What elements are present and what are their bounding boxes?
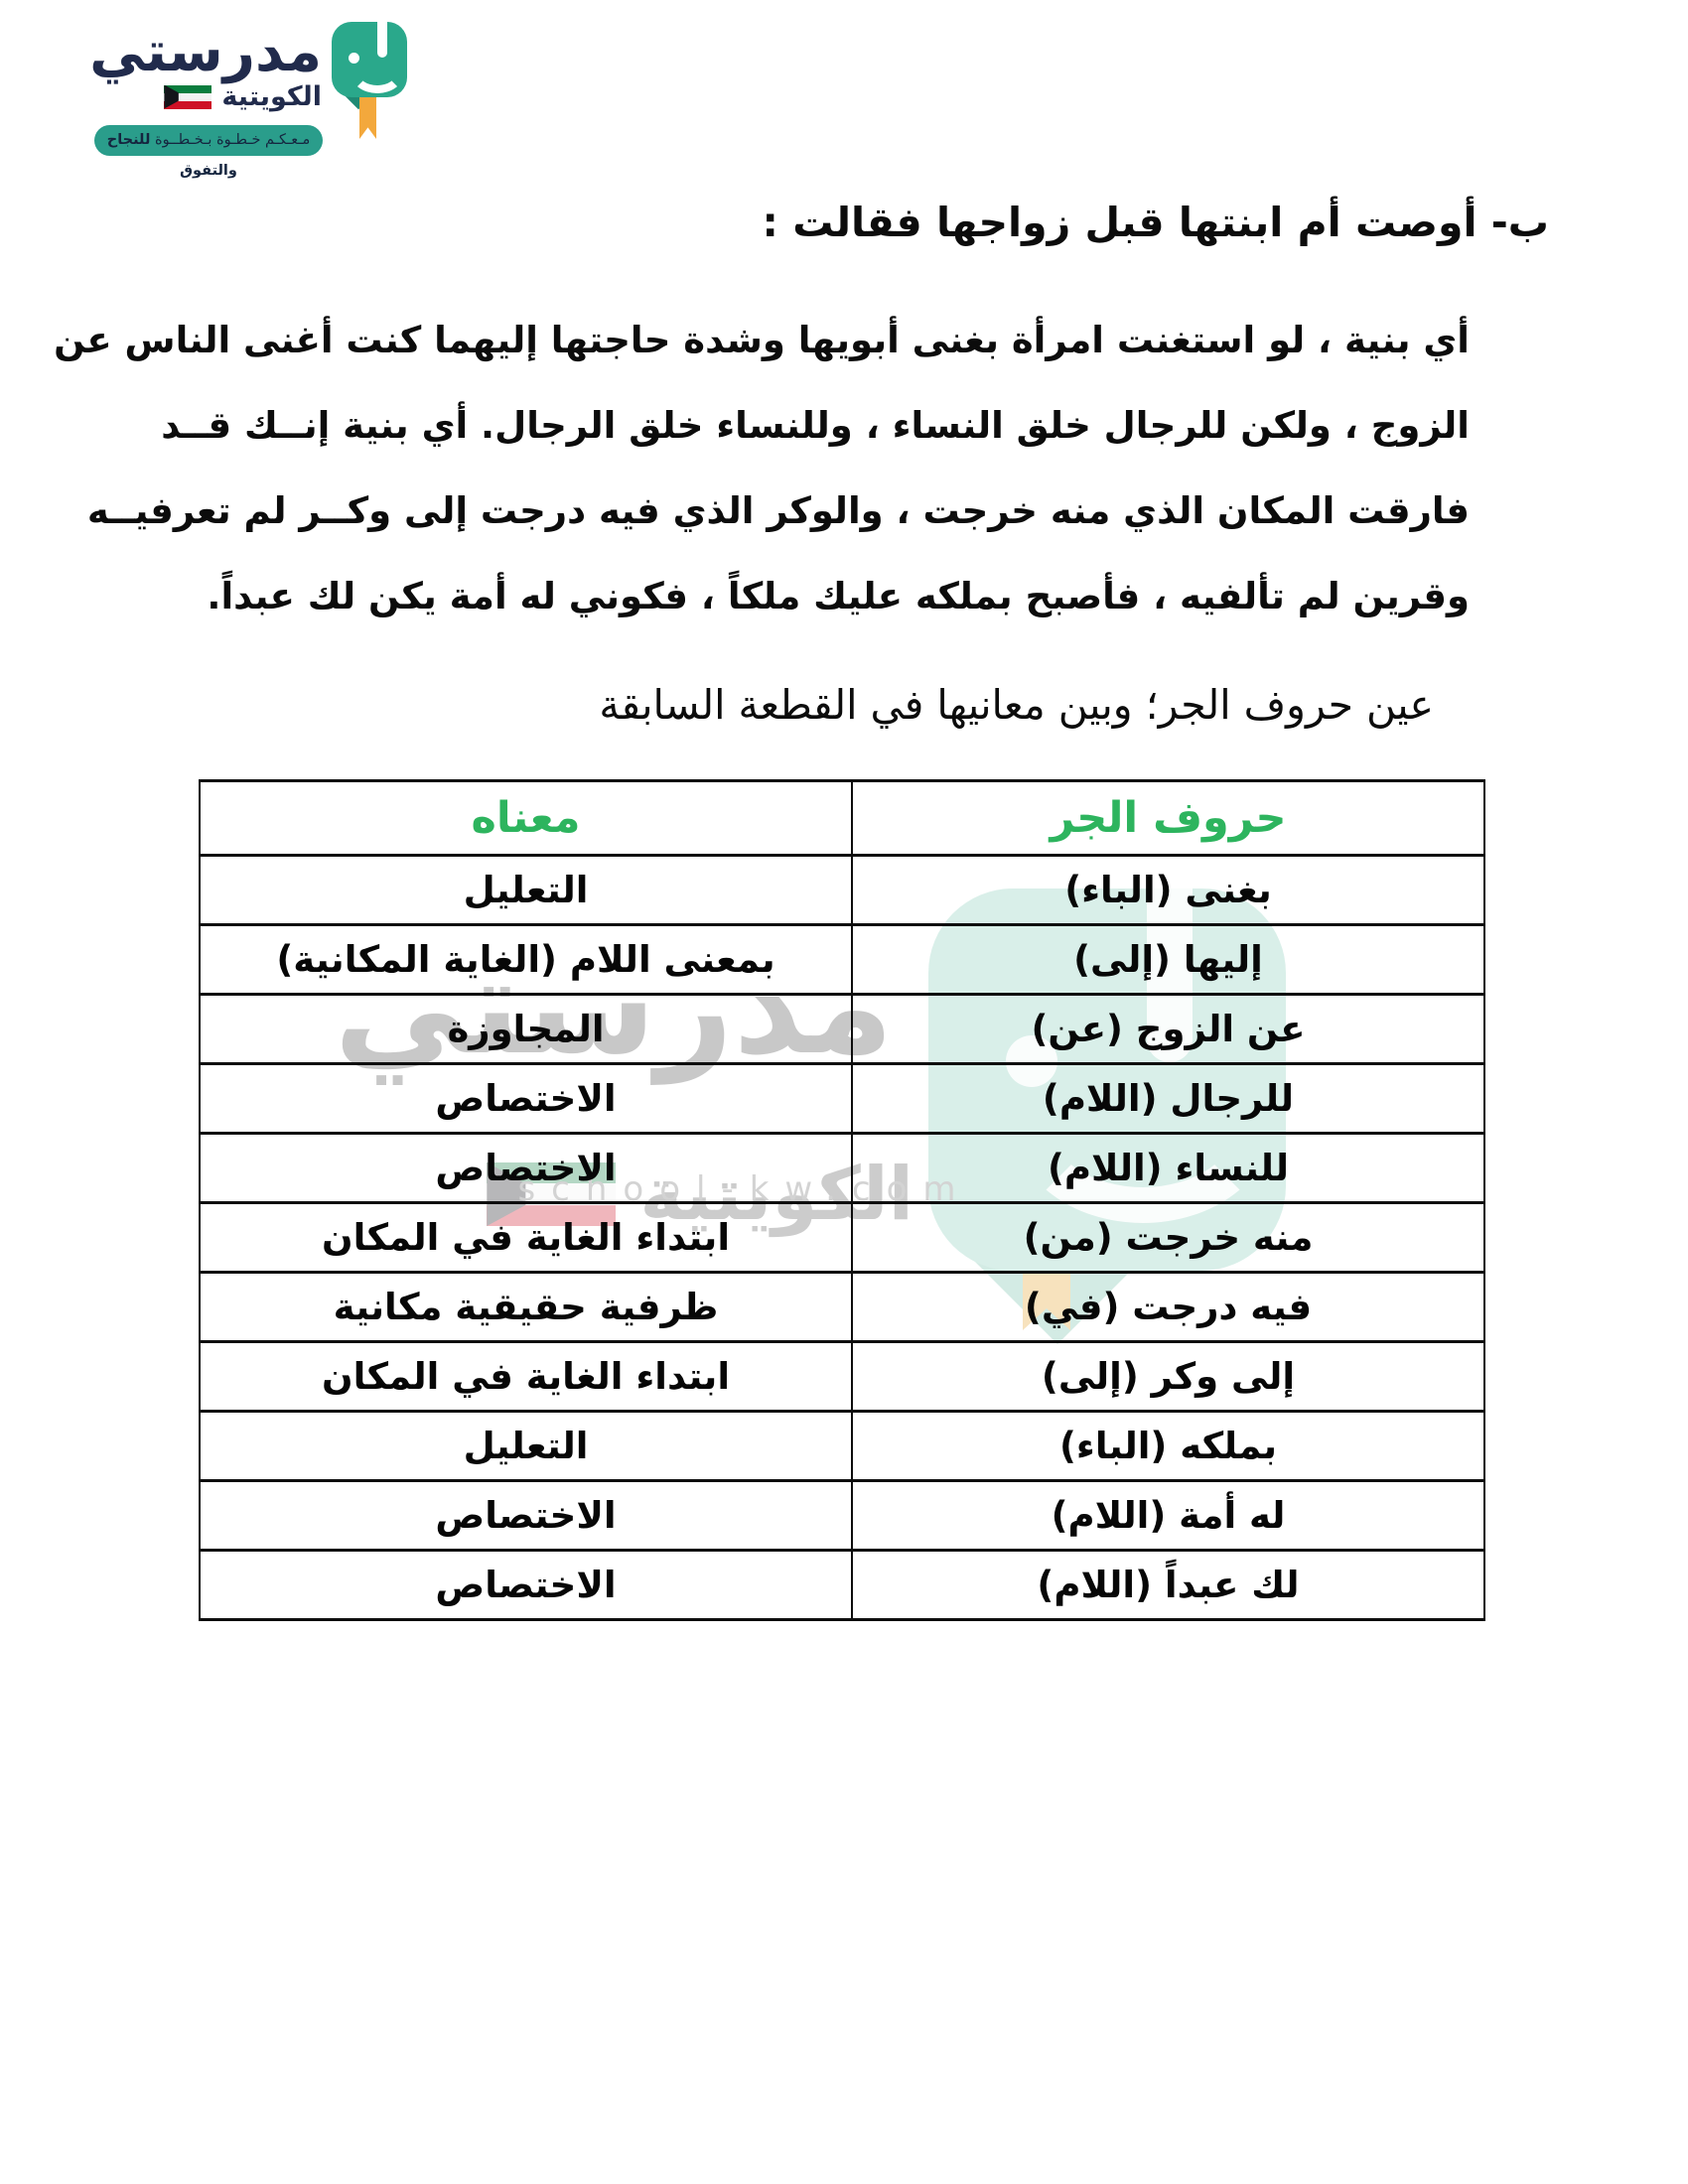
section-heading: ب- أوصت أم ابنتها قبل زواجها فقالت : — [763, 199, 1549, 246]
passage-line-4: وقرين لم تألفيه ، فأصبح بملكه عليك ملكاً… — [228, 554, 1470, 639]
passage-line-1: أي بنية ، لو استغنت امرأة بغنى أبويها وش… — [228, 298, 1470, 383]
prep-cell: للنساء (اللام) — [852, 1134, 1484, 1203]
prep-cell: لك عبداً (اللام) — [852, 1551, 1484, 1620]
table-row: للنساء (اللام) الاختصاص — [200, 1134, 1484, 1203]
exercise-instruction: عين حروف الجر؛ وبين معانيها في القطعة ال… — [599, 681, 1434, 729]
prep-cell: له أمة (اللام) — [852, 1481, 1484, 1551]
school-smiley-icon — [332, 22, 407, 99]
meaning-cell: ابتداء الغاية في المكان — [200, 1342, 852, 1412]
prepositions-table: حروف الجر معناه بغنى (الباء) التعليل إلي… — [199, 779, 1479, 1621]
meaning-cell: ظرفية حقيقية مكانية — [200, 1273, 852, 1342]
table-row: فيه درجت (في) ظرفية حقيقية مكانية — [200, 1273, 1484, 1342]
brand-tagline: مـعـكـم خـطـوة بـخـطــوة للنجاح والتفوق — [94, 125, 323, 156]
prep-cell: إلى وكر (إلى) — [852, 1342, 1484, 1412]
kuwait-flag-icon — [164, 85, 211, 109]
prep-cell: عن الزوج (عن) — [852, 995, 1484, 1064]
meaning-cell: بمعنى اللام (الغاية المكانية) — [200, 925, 852, 995]
page: مدرستي الكويتية مـعـكـم خـطـوة بـخـطــوة… — [0, 0, 1688, 2184]
meaning-cell: المجاوزة — [200, 995, 852, 1064]
table-row: لك عبداً (اللام) الاختصاص — [200, 1551, 1484, 1620]
brand-text-block: مدرستي الكويتية — [89, 22, 322, 112]
brand-name: مدرستي — [89, 24, 322, 81]
table-row: منه خرجت (من) ابتداء الغاية في المكان — [200, 1203, 1484, 1273]
column-header-meaning: معناه — [200, 781, 852, 856]
brand-logo: مدرستي الكويتية — [89, 22, 407, 112]
column-header-prepositions: حروف الجر — [852, 781, 1484, 856]
passage-line-3: فارقت المكان الذي منه خرجت ، والوكر الذي… — [228, 469, 1470, 554]
meaning-cell: الاختصاص — [200, 1064, 852, 1134]
meaning-cell: التعليل — [200, 1412, 852, 1481]
table-row: للرجال (اللام) الاختصاص — [200, 1064, 1484, 1134]
logo-rounded-square — [332, 22, 407, 97]
prep-cell: للرجال (اللام) — [852, 1064, 1484, 1134]
passage: أي بنية ، لو استغنت امرأة بغنى أبويها وش… — [228, 298, 1470, 639]
logo-smile — [351, 52, 404, 93]
brand-subtitle: الكويتية — [221, 81, 322, 112]
meaning-cell: ابتداء الغاية في المكان — [200, 1203, 852, 1273]
table-row: عن الزوج (عن) المجاوزة — [200, 995, 1484, 1064]
table-row: إليها (إلى) بمعنى اللام (الغاية المكانية… — [200, 925, 1484, 995]
meaning-cell: التعليل — [200, 856, 852, 925]
table-row: بغنى (الباء) التعليل — [200, 856, 1484, 925]
prep-cell: بملكه (الباء) — [852, 1412, 1484, 1481]
prep-cell: إليها (إلى) — [852, 925, 1484, 995]
prep-cell: منه خرجت (من) — [852, 1203, 1484, 1273]
table-row: إلى وكر (إلى) ابتداء الغاية في المكان — [200, 1342, 1484, 1412]
meaning-cell: الاختصاص — [200, 1134, 852, 1203]
brand-sub-row: الكويتية — [89, 81, 322, 112]
table-header-row: حروف الجر معناه — [200, 781, 1484, 856]
passage-line-2: الزوج ، ولكن للرجال خلق النساء ، وللنساء… — [228, 383, 1470, 469]
tagline-prefix: مـعـكـم خـطـوة بـخـطــوة — [155, 132, 310, 148]
prep-cell: بغنى (الباء) — [852, 856, 1484, 925]
table-row: له أمة (اللام) الاختصاص — [200, 1481, 1484, 1551]
meaning-cell: الاختصاص — [200, 1481, 852, 1551]
meaning-cell: الاختصاص — [200, 1551, 852, 1620]
prep-cell: فيه درجت (في) — [852, 1273, 1484, 1342]
table-row: بملكه (الباء) التعليل — [200, 1412, 1484, 1481]
